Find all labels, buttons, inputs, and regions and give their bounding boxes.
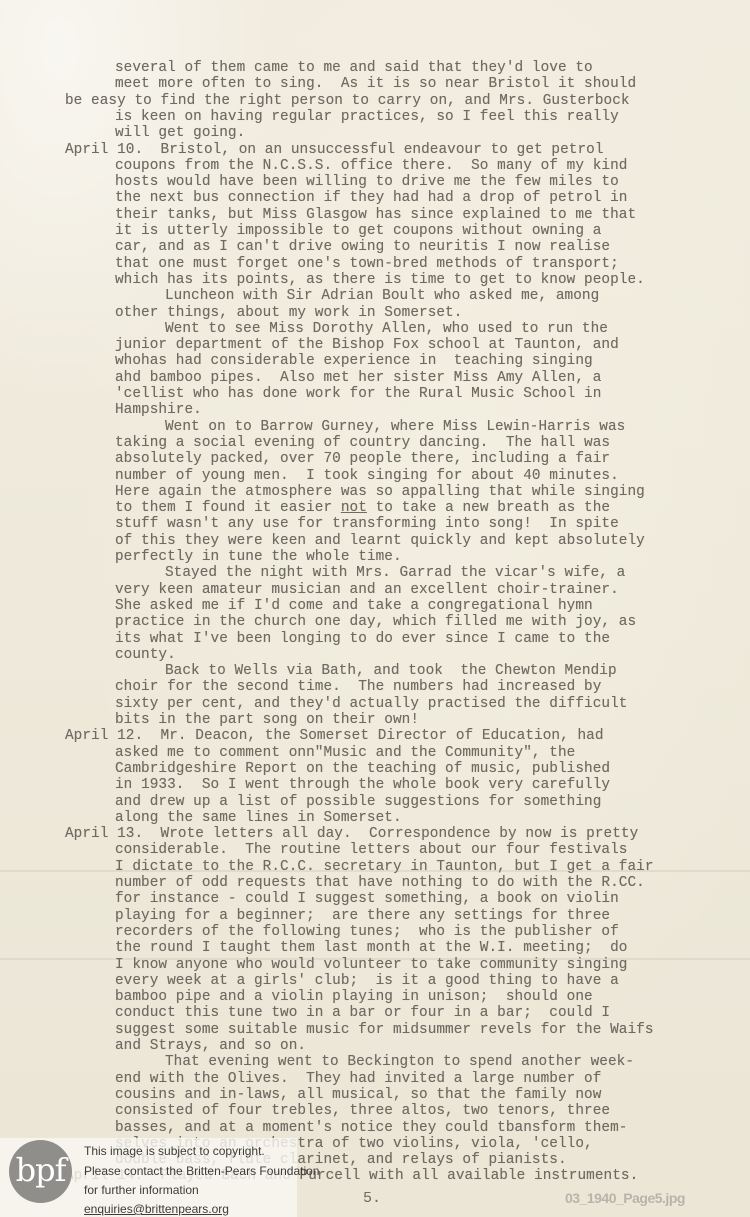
text-line: end with the Olives. They had invited a … — [115, 1071, 601, 1087]
email-link-wrap: enquiries@brittenpears.org — [84, 1201, 229, 1217]
text-line: its what I've been longing to do ever si… — [115, 631, 610, 647]
text-line: considerable. The routine letters about … — [115, 842, 627, 858]
page-number: 5. — [363, 1190, 381, 1207]
bpf-logo-text: bpf — [16, 1151, 66, 1189]
bpf-logo: bpf — [9, 1140, 72, 1203]
text-line: that one must forget one's town-bred met… — [115, 256, 619, 272]
text-line: bits in the part song on their own! — [115, 712, 419, 728]
email-link[interactable]: enquiries@brittenpears.org — [84, 1202, 229, 1216]
text-line: the next bus connection if they had had … — [115, 190, 627, 206]
text-line: in 1933. So I went through the whole boo… — [115, 777, 610, 793]
text-line: for instance - could I suggest something… — [115, 891, 619, 907]
text-line: of this they were keen and learnt quickl… — [115, 533, 645, 549]
text-line: absolutely packed, over 70 people there,… — [115, 451, 610, 467]
text-line: and drew up a list of possible suggestio… — [115, 794, 601, 810]
text-line: choir for the second time. The numbers h… — [115, 679, 601, 695]
text-line: cousins and in-laws, all musical, so tha… — [115, 1087, 601, 1103]
underlined-word: not — [341, 500, 367, 516]
text-line: suggest some suitable music for midsumme… — [115, 1022, 654, 1038]
text-line: whohas had considerable experience in te… — [115, 353, 593, 369]
copyright-notice: This image is subject to copyright. — [84, 1143, 265, 1160]
text-line: That evening went to Beckington to spend… — [165, 1054, 634, 1070]
contact-notice: Please contact the Britten-Pears Foundat… — [84, 1163, 319, 1180]
text-line: number of young men. I took singing for … — [115, 468, 619, 484]
info-notice: for further information — [84, 1182, 199, 1199]
text-line: hosts would have been willing to drive m… — [115, 174, 619, 190]
text-line: very keen amateur musician and an excell… — [115, 582, 619, 598]
text-line: Luncheon with Sir Adrian Boult who asked… — [165, 288, 599, 304]
filename-label: 03_1940_Page5.jpg — [565, 1190, 685, 1206]
text-line: bamboo pipe and a violin playing in unis… — [115, 989, 593, 1005]
text-line: asked me to comment onn"Music and the Co… — [115, 745, 575, 761]
text-line: I know anyone who would volunteer to tak… — [115, 957, 627, 973]
text-line: the round I taught them last month at th… — [115, 940, 627, 956]
text-line: number of odd requests that have nothing… — [115, 875, 645, 891]
text-line: April 13. Wrote letters all day. Corresp… — [65, 826, 638, 842]
text-line: will get going. — [115, 125, 245, 141]
text-line: along the same lines in Somerset. — [115, 810, 402, 826]
text-line: perfectly in tune the whole time. — [115, 549, 402, 565]
text-line: recorders of the following tunes; who is… — [115, 924, 619, 940]
text-line: Hampshire. — [115, 402, 202, 418]
text-line: I dictate to the R.C.C. secretary in Tau… — [115, 859, 654, 875]
text-line: junior department of the Bishop Fox scho… — [115, 337, 619, 353]
text-line: their tanks, but Miss Glasgow has since … — [115, 207, 636, 223]
text-line: several of them came to me and said that… — [115, 60, 593, 76]
text-line: She asked me if I'd come and take a cong… — [115, 598, 593, 614]
text-line: stuff wasn't any use for transforming in… — [115, 516, 619, 532]
text-line: it is utterly impossible to get coupons … — [115, 223, 601, 239]
text-line: April 12. Mr. Deacon, the Somerset Direc… — [65, 728, 604, 744]
text-line: playing for a beginner; are there any se… — [115, 908, 610, 924]
text-line: to them I found it easier not to take a … — [115, 500, 610, 516]
text-line: Stayed the night with Mrs. Garrad the vi… — [165, 565, 625, 581]
text-line: conduct this tune two in a bar or four i… — [115, 1005, 610, 1021]
text-line: consisted of four trebles, three altos, … — [115, 1103, 610, 1119]
text-line: basses, and at a moment's notice they co… — [115, 1120, 627, 1136]
text-line: which has its points, as there is time t… — [115, 272, 645, 288]
text-line: every week at a girls' club; is it a goo… — [115, 973, 619, 989]
text-line: coupons from the N.C.S.S. office there. … — [115, 158, 627, 174]
text-line: sixty per cent, and they'd actually prac… — [115, 696, 627, 712]
text-line: county. — [115, 647, 176, 663]
text-line: 'cellist who has done work for the Rural… — [115, 386, 601, 402]
text-line: and Strays, and so on. — [115, 1038, 306, 1054]
text-line: Here again the atmosphere was so appalli… — [115, 484, 645, 500]
text-line: Went to see Miss Dorothy Allen, who used… — [165, 321, 608, 337]
text-line: Went on to Barrow Gurney, where Miss Lew… — [165, 419, 625, 435]
text-line: is keen on having regular practices, so … — [115, 109, 619, 125]
text-line: car, and as I can't drive owing to neuri… — [115, 239, 610, 255]
text-line: ahd bamboo pipes. Also met her sister Mi… — [115, 370, 601, 386]
text-line: be easy to find the right person to carr… — [65, 93, 630, 109]
text-line: meet more often to sing. As it is so nea… — [115, 76, 636, 92]
text-line: other things, about my work in Somerset. — [115, 305, 462, 321]
text-line: practice in the church one day, which fi… — [115, 614, 636, 630]
text-line: taking a social evening of country danci… — [115, 435, 610, 451]
text-line: April 10. Bristol, on an unsuccessful en… — [65, 142, 604, 158]
text-line: Back to Wells via Bath, and took the Che… — [165, 663, 617, 679]
text-line: Cambridgeshire Report on the teaching of… — [115, 761, 610, 777]
